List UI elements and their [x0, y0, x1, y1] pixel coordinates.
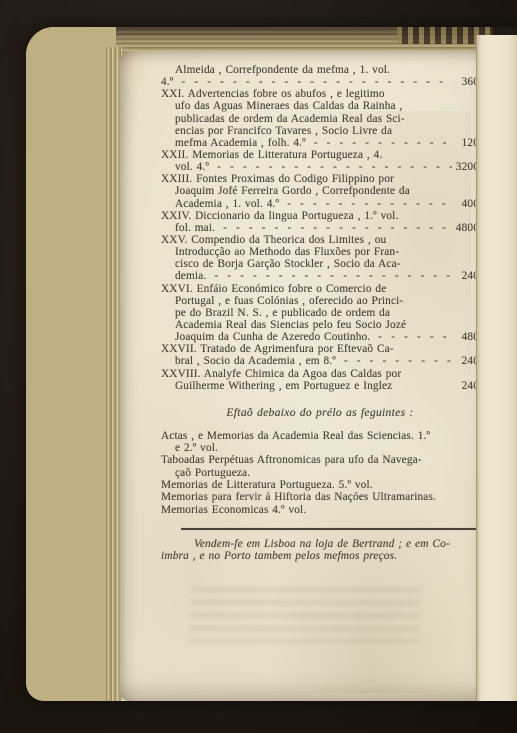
catalog-line: Portugal , e fuas Colónias , oferecido a…: [161, 295, 479, 307]
line-text: XXIV. Diccionario da lingua Portugueza ,…: [161, 210, 398, 222]
price-value: 3200: [452, 161, 479, 173]
line-text: XXVIII. Analyfe Chimica da Agoa das Cald…: [161, 368, 401, 380]
line-text: vol. 4.º: [175, 161, 209, 173]
leader-dashes: - - - - - - - - - - - - - - - - - - - - …: [336, 355, 452, 367]
price-value: 240: [452, 270, 479, 282]
line-text: pe do Brazil N. S. , e publicado de orde…: [175, 307, 390, 319]
colophon-line-1: Vendem-fe em Lisboa na loja de Bertrand …: [161, 538, 479, 550]
press-item: Taboadas Perpétuas Aftronomicas para ufo…: [161, 454, 479, 466]
ink-bleedthrough: [188, 587, 422, 643]
line-text: e 2.º vol.: [175, 442, 218, 454]
catalog-line: Almeida , Correfpondente da mefma , 1. v…: [161, 64, 479, 76]
catalog-line: pe do Brazil N. S. , e publicado de orde…: [161, 307, 479, 319]
line-text: XXII. Memorias de Litteratura Portugueza…: [161, 149, 382, 161]
line-text: bral , Socio da Academia , em 8.º: [175, 355, 336, 367]
catalog-line: vol. 4.º- - - - - - - - - - - - - - - - …: [161, 161, 479, 173]
press-item: çaõ Portugueza.: [161, 467, 479, 479]
leader-dashes: - - - - - - - - - - - - - - - - - - - - …: [279, 198, 452, 210]
price-value: 360: [452, 76, 479, 88]
line-text: Taboadas Perpétuas Aftronomicas para ufo…: [161, 454, 422, 466]
catalog-line: XXI. Advertencias fobre os abufos , e le…: [161, 88, 479, 100]
line-text: Academia , 1. vol. 4.º: [175, 198, 279, 210]
line-text: Academia Real das Siencias pelo feu Soci…: [175, 319, 406, 331]
book: Almeida , Correfpondente da mefma , 1. v…: [26, 27, 517, 701]
catalog-line: fol. mai.- - - - - - - - - - - - - - - -…: [161, 222, 479, 234]
catalog-line: Joaquim Jofé Ferreira Gordo , Correfpond…: [161, 185, 479, 197]
press-item: Memorias Economicas 4.º vol.: [161, 504, 479, 516]
catalog-line: XXVI. Enfáio Económico fobre o Comercio …: [161, 283, 479, 295]
line-text: Actas , e Memorias da Academia Real das …: [161, 430, 430, 442]
catalog-line: encias por Francifco Tavares , Socio Liv…: [161, 125, 479, 137]
line-text: Portugal , e fuas Colónias , oferecido a…: [175, 295, 403, 307]
next-page-edge: [476, 35, 517, 701]
leader-dashes: - - - - - - - - - - - - - - - - - - - - …: [206, 270, 452, 282]
catalog-line: 4.º- - - - - - - - - - - - - - - - - - -…: [161, 76, 479, 88]
catalog-line: cisco de Borja Garção Stockler , Socio d…: [161, 258, 479, 270]
price-value: 240: [452, 355, 479, 367]
divider-rule: [181, 528, 483, 530]
line-text: publicadas de ordem da Academia Real das…: [175, 113, 405, 125]
catalog-line: XXIV. Diccionario da lingua Portugueza ,…: [161, 210, 479, 222]
leader-dashes: - - - - - - - - - - - - - - - - - - - - …: [370, 331, 452, 343]
catalog-line: ufo das Aguas Mineraes das Caldas da Rai…: [161, 100, 479, 112]
leader-dashes: - - - - - - - - - - - - - - - - - - - - …: [173, 76, 452, 88]
line-text: XXV. Compendio da Theorica dos Limites ,…: [161, 234, 386, 246]
line-text: mefma Academia , folh. 4.º: [175, 137, 306, 149]
price-value: 120: [452, 137, 479, 149]
catalog-line: XXVII. Tratado de Agrimenfura por Efteva…: [161, 343, 479, 355]
line-text: 4.º: [161, 76, 173, 88]
leader-dashes: - - - - - - - - - - - - - - - - - - - - …: [209, 161, 452, 173]
line-text: Almeida , Correfpondente da mefma , 1. v…: [175, 64, 390, 76]
line-text: Joaquim Jofé Ferreira Gordo , Correfpond…: [175, 185, 410, 197]
line-text: Memorias de Litteratura Portugueza. 5.º …: [161, 479, 373, 491]
catalog-line: publicadas de ordem da Academia Real das…: [161, 113, 479, 125]
line-text: Memorias Economicas 4.º vol.: [161, 504, 306, 516]
catalog-line: demia.- - - - - - - - - - - - - - - - - …: [161, 270, 479, 282]
catalog-line: Joaquim da Cunha de Azeredo Coutinho.- -…: [161, 331, 479, 343]
line-text: çaõ Portugueza.: [175, 467, 250, 479]
catalog-line: bral , Socio da Academia , em 8.º- - - -…: [161, 355, 479, 367]
catalog-line: mefma Academia , folh. 4.º- - - - - - - …: [161, 137, 479, 149]
line-text: Guilherme Withering , em Portuguez e Ing…: [175, 380, 392, 392]
press-item: e 2.º vol.: [161, 442, 479, 454]
leader-dashes: - - - - - - - - - - - - - - - - - - - - …: [215, 222, 452, 234]
catalog-line: Academia Real das Siencias pelo feu Soci…: [161, 319, 479, 331]
line-text: ufo das Aguas Mineraes das Caldas da Rai…: [175, 100, 402, 112]
catalog-line: XXII. Memorias de Litteratura Portugueza…: [161, 149, 479, 161]
catalog-list: Almeida , Correfpondente da mefma , 1. v…: [161, 64, 479, 392]
catalog-line: Guilherme Withering , em Portuguez e Ing…: [161, 380, 479, 392]
catalog-line: XXVIII. Analyfe Chimica da Agoa das Cald…: [161, 368, 479, 380]
line-text: Introducção ao Methodo das Fluxões por F…: [175, 246, 399, 258]
line-text: Joaquim da Cunha de Azeredo Coutinho.: [175, 331, 370, 343]
press-item: Memorias para fervir á Hiftoria das Naçó…: [161, 491, 479, 503]
line-text: XXIII. Fontes Proximas do Codigo Filippi…: [161, 173, 394, 185]
book-page: Almeida , Correfpondente da mefma , 1. v…: [120, 51, 477, 701]
printed-text-block: Almeida , Correfpondente da mefma , 1. v…: [161, 64, 479, 562]
price-value: 400: [452, 198, 479, 210]
line-text: demia.: [175, 270, 206, 282]
price-value: 4800: [452, 222, 479, 234]
line-text: XXVII. Tratado de Agrimenfura por Efteva…: [161, 343, 394, 355]
catalog-line: Introducção ao Methodo das Fluxões por F…: [161, 246, 479, 258]
book-fore-edge-pages: [26, 27, 116, 701]
line-text: XXVI. Enfáio Económico fobre o Comercio …: [161, 283, 386, 295]
line-text: encias por Francifco Tavares , Socio Liv…: [175, 125, 392, 137]
line-text: fol. mai.: [175, 222, 215, 234]
photo-background: Almeida , Correfpondente da mefma , 1. v…: [0, 0, 517, 733]
price-value: 240: [452, 380, 479, 392]
catalog-line: XXIII. Fontes Proximas do Codigo Filippi…: [161, 173, 479, 185]
leader-dashes: - - - - - - - - - - - - - - - - - - - - …: [306, 137, 452, 149]
line-text: Memorias para fervir á Hiftoria das Naçó…: [161, 491, 436, 503]
colophon: Vendem-fe em Lisboa na loja de Bertrand …: [161, 538, 479, 563]
press-item: Actas , e Memorias da Academia Real das …: [161, 430, 479, 442]
price-value: 480: [452, 331, 479, 343]
in-press-list: Actas , e Memorias da Academia Real das …: [161, 430, 479, 516]
line-text: XXI. Advertencias fobre os abufos , e le…: [161, 88, 385, 100]
press-heading: Eftaõ debaixo do prélo as feguintes :: [161, 407, 479, 420]
catalog-line: XXV. Compendio da Theorica dos Limites ,…: [161, 234, 479, 246]
catalog-line: Academia , 1. vol. 4.º- - - - - - - - - …: [161, 198, 479, 210]
colophon-line-2: imbra , e no Porto tambem pelos mefmos p…: [161, 550, 479, 562]
press-item: Memorias de Litteratura Portugueza. 5.º …: [161, 479, 479, 491]
line-text: cisco de Borja Garção Stockler , Socio d…: [175, 258, 401, 270]
